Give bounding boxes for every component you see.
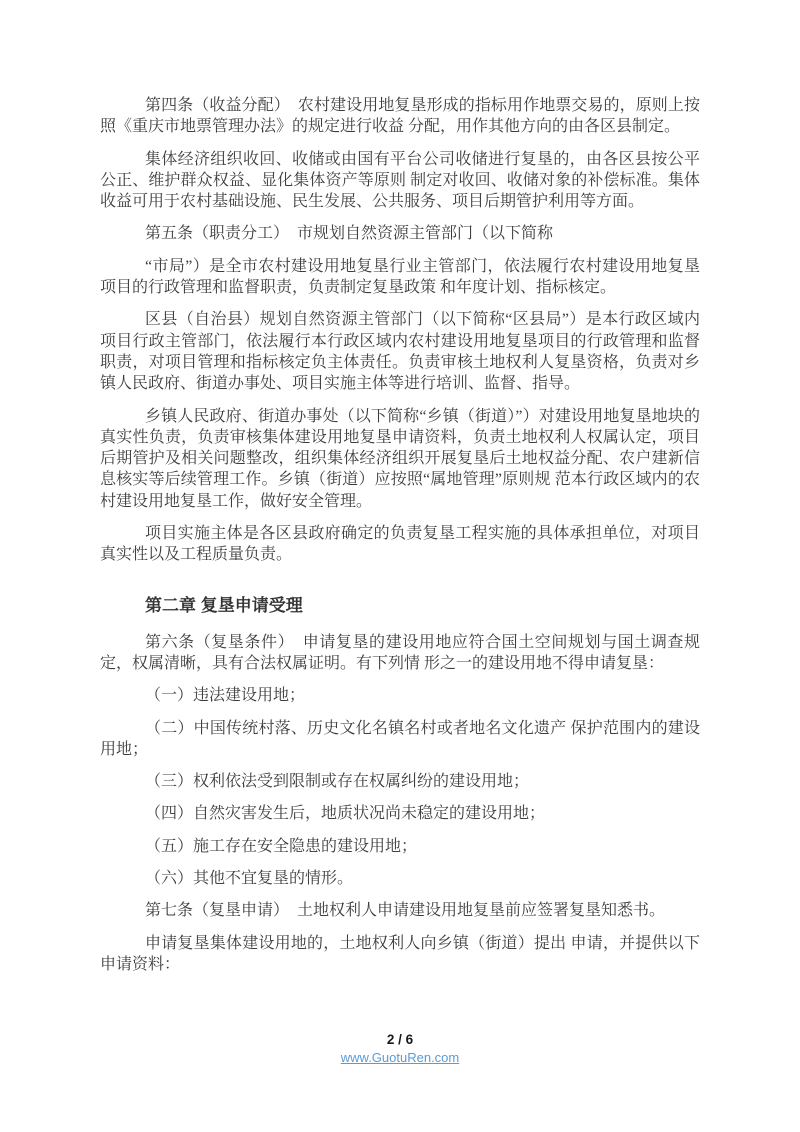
paragraph: 申请复垦集体建设用地的，土地权利人向乡镇（街道）提出 申请，并提供以下申请资料： bbox=[100, 933, 700, 976]
paragraph: 第七条（复垦申请） 土地权利人申请建设用地复垦前应签署复垦知悉书。 bbox=[100, 900, 700, 921]
paragraph: 第四条（收益分配） 农村建设用地复垦形成的指标用作地票交易的，原则上按照《重庆市… bbox=[100, 95, 700, 138]
paragraph: “市局”）是全市农村建设用地复垦行业主管部门，依法履行农村建设用地复垦项目的行政… bbox=[100, 256, 700, 299]
footer: 2 / 6 www.GuotuRen.com bbox=[0, 1031, 800, 1067]
paragraph: （一）违法建设用地； bbox=[100, 685, 700, 706]
paragraph: 项目实施主体是各区县政府确定的负责复垦工程实施的具体承担单位，对项目真实性以及工… bbox=[100, 523, 700, 566]
document-page: 第四条（收益分配） 农村建设用地复垦形成的指标用作地票交易的，原则上按照《重庆市… bbox=[0, 0, 800, 1132]
paragraph: （四）自然灾害发生后，地质状况尚未稳定的建设用地； bbox=[100, 803, 700, 824]
paragraph: （三）权利依法受到限制或存在权属纠纷的建设用地； bbox=[100, 771, 700, 792]
chapter-heading: 第二章 复垦申请受理 bbox=[100, 594, 700, 618]
footer-link[interactable]: www.GuotuRen.com bbox=[341, 1050, 460, 1065]
page-number: 2 / 6 bbox=[0, 1031, 800, 1048]
paragraph: （二）中国传统村落、历史文化名镇名村或者地名文化遗产 保护范围内的建设用地； bbox=[100, 718, 700, 761]
paragraph: 乡镇人民政府、街道办事处（以下简称“乡镇（街道）”）对建设用地复垦地块的真实性负… bbox=[100, 406, 700, 512]
paragraph: 第六条（复垦条件） 申请复垦的建设用地应符合国土空间规划与国土调查规定，权属清晰… bbox=[100, 632, 700, 675]
paragraph: （五）施工存在安全隐患的建设用地； bbox=[100, 836, 700, 857]
paragraph: （六）其他不宜复垦的情形。 bbox=[100, 868, 700, 889]
document-body: 第四条（收益分配） 农村建设用地复垦形成的指标用作地票交易的，原则上按照《重庆市… bbox=[100, 95, 700, 986]
paragraph: 区县（自治县）规划自然资源主管部门（以下简称“区县局”）是本行政区域内项目行政主… bbox=[100, 309, 700, 394]
paragraph: 第五条（职责分工） 市规划自然资源主管部门（以下简称 bbox=[100, 223, 700, 244]
paragraph: 集体经济组织收回、收储或由国有平台公司收储进行复垦的，由各区县按公平公正、维护群… bbox=[100, 149, 700, 213]
